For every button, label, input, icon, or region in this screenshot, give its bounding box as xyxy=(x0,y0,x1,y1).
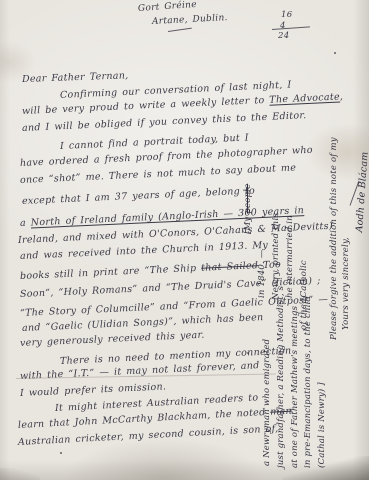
margin-note-line: he intermarried in xyxy=(285,215,295,298)
text-run: at one of Father Mathew's meetings xyxy=(290,306,300,468)
text-run: I would prefer its omission. xyxy=(20,381,167,399)
text-run: he intermarried in xyxy=(285,215,295,298)
margin-note-line: (Cathal is Newry) ] xyxy=(317,382,327,468)
margin-note-line: Please forgive the addition of this note… xyxy=(329,137,339,340)
text-run: Please forgive the addition of this note… xyxy=(329,137,339,340)
address-flourish xyxy=(168,28,192,32)
text-run: just grandfather, a Reading Methodist, s xyxy=(276,286,286,468)
ink-speck xyxy=(247,352,249,354)
date-month: 4 xyxy=(280,21,286,31)
text-run: with the “I.T.” — it may not last foreve… xyxy=(20,360,260,382)
margin-note-line: [My people xyxy=(243,184,253,234)
text-run: Newry, printed this xyxy=(271,213,281,300)
date-underline xyxy=(272,26,310,30)
handwritten-line: except that I am 37 years of age, belong… xyxy=(22,185,255,207)
signature: Aodh de Blácam xyxy=(354,151,369,233)
handwritten-line: I would prefer its omission. xyxy=(20,381,167,399)
text-run: Aodh de Blácam xyxy=(354,151,369,233)
text-run: Gort Gréine xyxy=(138,0,198,14)
ink-speck xyxy=(60,452,62,454)
text-run: except that I am 37 years of age, belong… xyxy=(22,185,255,207)
date-day: 16 xyxy=(281,10,292,20)
ink-speck xyxy=(334,52,336,54)
handwritten-line: with the “I.T.” — it may not last foreve… xyxy=(20,360,260,382)
text-run: books still in print are “The Ship xyxy=(20,263,202,282)
header-house-name: Gort Gréine xyxy=(138,0,198,14)
margin-note-line: at one of Father Mathew's meetings xyxy=(290,306,300,468)
margin-note-line: in 1840. — xyxy=(257,250,267,298)
underlined-text: The Advocate xyxy=(269,92,340,106)
date-year: 24 xyxy=(278,31,289,41)
text-run: in 1840. — xyxy=(257,250,267,298)
paper-shadow-bottom-left xyxy=(0,468,40,480)
salutation: Dear Father Ternan, xyxy=(22,70,129,85)
header-address: Artane, Dublin. xyxy=(152,13,228,27)
text-run: of the (Catholic xyxy=(299,260,309,330)
struck-text: people xyxy=(243,184,253,214)
letter-photograph: Gort GréineArtane, Dublin.16424Dear Fath… xyxy=(0,0,369,480)
closing: Yours very sincerely, xyxy=(341,237,351,330)
text-run: 4 xyxy=(280,21,286,31)
margin-note-line: of the (Catholic xyxy=(299,260,309,330)
text-run: 16 xyxy=(281,10,292,20)
struck-text: that Sailed xyxy=(201,260,259,274)
text-run: 24 xyxy=(278,31,289,41)
margin-note-line: Newry, printed this xyxy=(271,213,281,300)
text-run: Artane, Dublin. xyxy=(152,13,228,27)
text-run: Yours very sincerely, xyxy=(341,237,351,330)
text-run: (Cathal is Newry) ] xyxy=(317,382,327,468)
margin-note-line: just grandfather, a Reading Methodist, s xyxy=(276,286,286,468)
text-run: [My xyxy=(243,214,253,234)
margin-note-line: a Newryman who emigrated xyxy=(262,339,272,466)
text-run: , xyxy=(340,91,344,102)
text-run: a Newryman who emigrated xyxy=(262,339,272,466)
text-run: a xyxy=(20,218,31,229)
text-run: Dear Father Ternan, xyxy=(22,70,129,85)
